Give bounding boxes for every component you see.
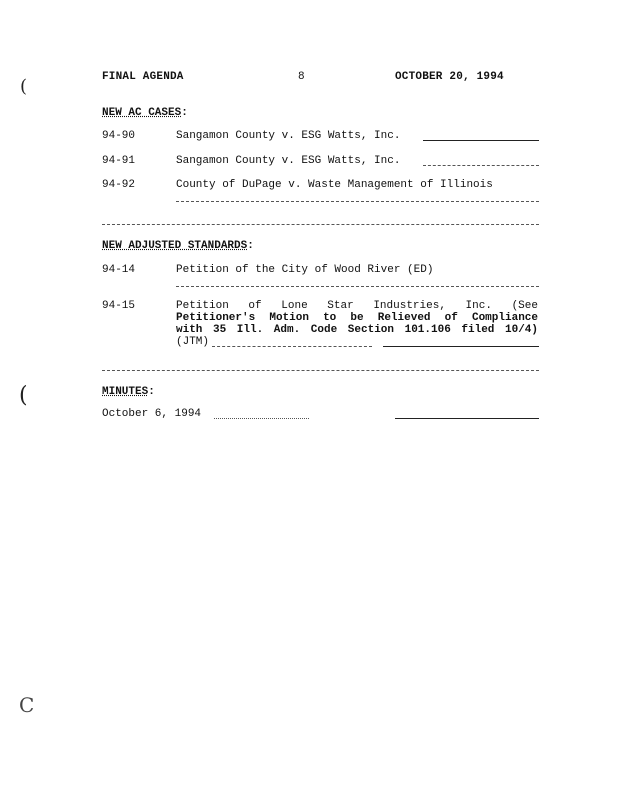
margin-mark-bottom: C xyxy=(19,693,34,717)
signature-line xyxy=(423,165,539,166)
case-number: 94-92 xyxy=(102,179,135,191)
signature-line-dashed xyxy=(212,346,372,347)
margin-mark-top: ( xyxy=(20,76,27,97)
case-title: Sangamon County v. ESG Watts, Inc. xyxy=(176,130,400,142)
section-divider xyxy=(102,224,539,225)
minutes-date: October 6, 1994 xyxy=(102,408,201,420)
case-number: 94-91 xyxy=(102,155,135,167)
section-heading-new-ac-cases: NEW AC CASES: xyxy=(102,107,188,119)
signature-line xyxy=(176,286,539,287)
case-number: 94-15 xyxy=(102,300,135,312)
signature-line xyxy=(395,418,539,419)
section-title: NEW ADJUSTED STANDARDS xyxy=(102,240,247,252)
signature-line xyxy=(176,201,539,202)
signature-line xyxy=(423,140,539,141)
case-title: County of DuPage v. Waste Management of … xyxy=(176,179,493,191)
case-title-line-2: Petitioner's Motion to be Relieved of Co… xyxy=(176,312,538,324)
colon: : xyxy=(148,386,155,398)
section-heading-new-adjusted-standards: NEW ADJUSTED STANDARDS: xyxy=(102,240,254,252)
page-number: 8 xyxy=(298,71,305,83)
section-divider xyxy=(102,370,539,371)
case-number: 94-90 xyxy=(102,130,135,142)
signature-line-dotted xyxy=(214,418,309,419)
section-title: NEW AC CASES xyxy=(102,107,181,119)
colon: : xyxy=(181,107,188,119)
case-title-line-4: (JTM) xyxy=(176,336,209,348)
margin-mark-middle: ( xyxy=(19,383,28,408)
signature-line xyxy=(383,346,539,347)
case-title: Petition of the City of Wood River (ED) xyxy=(176,264,433,276)
case-title: Sangamon County v. ESG Watts, Inc. xyxy=(176,155,400,167)
case-title-line-1: Petition of Lone Star Industries, Inc. (… xyxy=(176,300,538,312)
colon: : xyxy=(247,240,254,252)
case-number: 94-14 xyxy=(102,264,135,276)
case-title-line-3: with 35 Ill. Adm. Code Section 101.106 f… xyxy=(176,324,538,336)
document-title: FINAL AGENDA xyxy=(102,71,184,83)
section-heading-minutes: MINUTES: xyxy=(102,386,155,398)
section-title: MINUTES xyxy=(102,386,148,398)
document-date: OCTOBER 20, 1994 xyxy=(395,71,504,83)
